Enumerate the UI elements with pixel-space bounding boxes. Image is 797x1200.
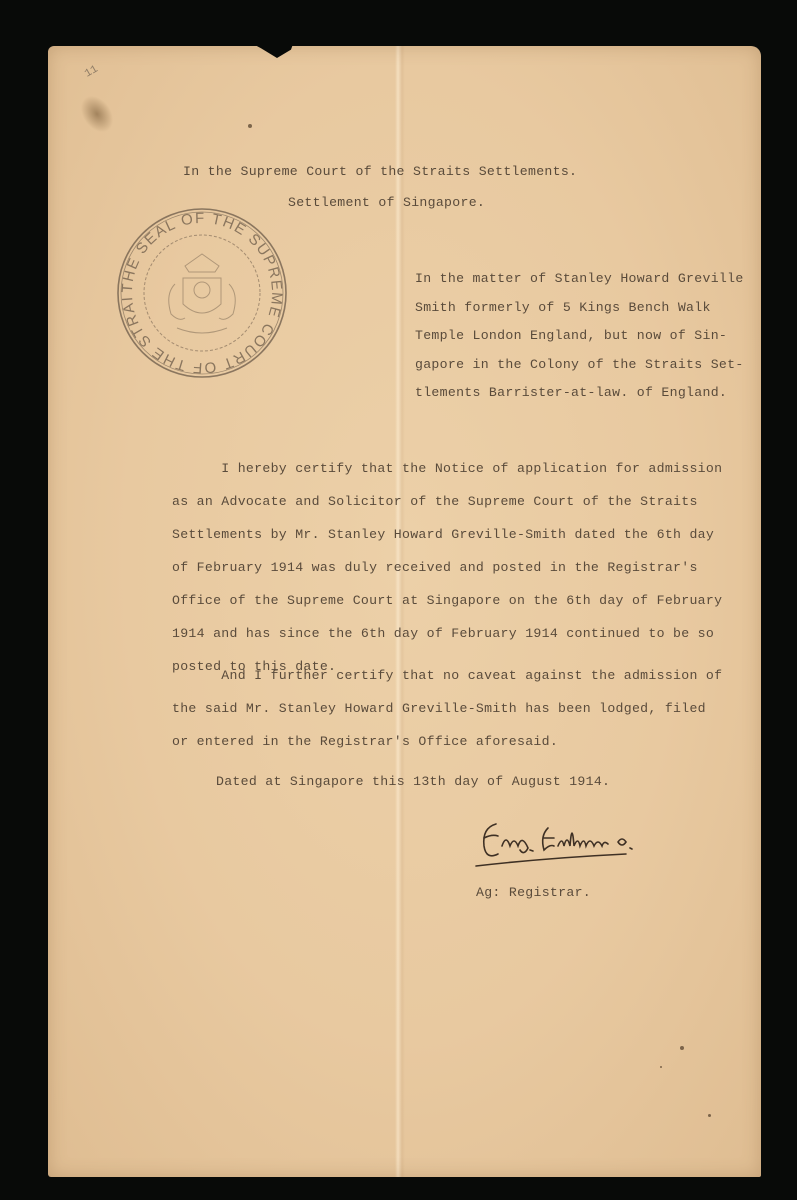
pencil-mark: 11	[83, 64, 100, 81]
coat-of-arms-icon	[169, 254, 236, 333]
dated-line: Dated at Singapore this 13th day of Augu…	[216, 774, 610, 789]
speck	[248, 124, 252, 128]
paper-tear	[253, 44, 293, 58]
speck	[660, 1066, 662, 1068]
court-seal-stamp: THE SEAL OF THE SUPREME COURT OF THE STR…	[115, 206, 289, 380]
paragraph-line: the said Mr. Stanley Howard Greville-Smi…	[172, 692, 722, 725]
court-heading: In the Supreme Court of the Straits Sett…	[183, 164, 577, 179]
document-paper: 11 In the Supreme Court of the Straits S…	[48, 46, 761, 1177]
paragraph-line: 1914 and has since the 6th day of Februa…	[172, 617, 722, 650]
paragraph-line: as an Advocate and Solicitor of the Supr…	[172, 485, 722, 518]
no-caveat-paragraph: And I further certify that no caveat aga…	[172, 659, 722, 758]
certification-paragraph: I hereby certify that the Notice of appl…	[172, 452, 722, 683]
registrar-signature	[468, 806, 668, 886]
matter-line: tlements Barrister-at-law. of England.	[415, 379, 744, 408]
matter-line: Smith formerly of 5 Kings Bench Walk	[415, 294, 744, 323]
speck	[708, 1114, 711, 1117]
paragraph-line: of February 1914 was duly received and p…	[172, 551, 722, 584]
matter-line: In the matter of Stanley Howard Greville	[415, 265, 744, 294]
matter-line: gapore in the Colony of the Straits Set-	[415, 351, 744, 380]
signatory-title: Ag: Registrar.	[476, 885, 591, 900]
paragraph-line: I hereby certify that the Notice of appl…	[172, 452, 722, 485]
matter-block: In the matter of Stanley Howard Greville…	[415, 265, 744, 408]
paragraph-line: And I further certify that no caveat aga…	[172, 659, 722, 692]
paragraph-line: Office of the Supreme Court at Singapore…	[172, 584, 722, 617]
speck	[680, 1046, 684, 1050]
matter-line: Temple London England, but now of Sin-	[415, 322, 744, 351]
settlement-heading: Settlement of Singapore.	[288, 195, 485, 210]
paragraph-line: Settlements by Mr. Stanley Howard Grevil…	[172, 518, 722, 551]
stain-mark	[74, 90, 120, 139]
paragraph-line: or entered in the Registrar's Office afo…	[172, 725, 722, 758]
